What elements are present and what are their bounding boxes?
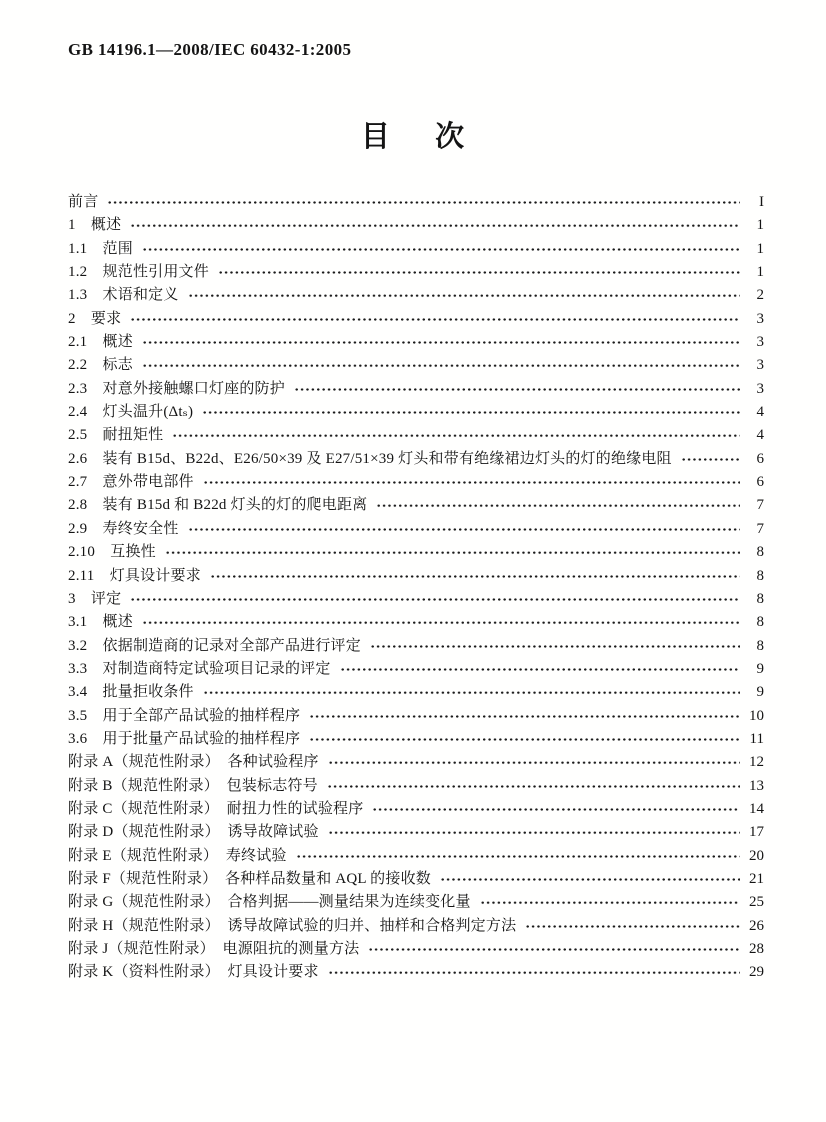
toc-page-number: 1 [745, 214, 764, 237]
toc-page-number: 25 [745, 891, 764, 914]
toc-entry: 3 评定8 [68, 588, 764, 611]
toc-entry: 2.11 灯具设计要求8 [68, 565, 764, 588]
toc-entry-text: 1.1 范围 [68, 238, 133, 261]
toc-page-number: I [745, 191, 764, 214]
toc-page-number: 13 [745, 775, 764, 798]
toc-entry: 2.1 概述3 [68, 331, 764, 354]
toc-page-number: 8 [745, 611, 764, 634]
toc-entry: 附录 B（规范性附录） 包装标志符号13 [68, 775, 764, 798]
toc-leader-dots [681, 448, 740, 471]
document-page: GB 14196.1—2008/IEC 60432-1:2005 目 次 前言I… [0, 0, 826, 1122]
toc-entry: 附录 D（规范性附录） 诱导故障试验17 [68, 821, 764, 844]
toc-entry: 附录 J（规范性附录） 电源阻抗的测量方法28 [68, 938, 764, 961]
toc-leader-dots [525, 915, 740, 938]
toc-entry-text: 附录 G（规范性附录） 合格判据——测量结果为连续变化量 [68, 891, 471, 914]
toc-page-number: 2 [745, 284, 764, 307]
toc-entry: 1 概述1 [68, 214, 764, 237]
toc-entry-text: 附录 C（规范性附录） 耐扭力性的试验程序 [68, 798, 363, 821]
toc-leader-dots [372, 798, 740, 821]
toc-leader-dots [142, 238, 740, 261]
toc-leader-dots [172, 424, 740, 447]
toc-page-number: 1 [745, 261, 764, 284]
toc-entry-text: 附录 E（规范性附录） 寿终试验 [68, 845, 287, 868]
toc-entry-text: 3.3 对制造商特定试验项目记录的评定 [68, 658, 331, 681]
toc-leader-dots [327, 775, 740, 798]
toc-entry: 2.2 标志3 [68, 354, 764, 377]
toc-leader-dots [202, 401, 740, 424]
toc-page-number: 3 [745, 308, 764, 331]
toc-page-number: 7 [745, 494, 764, 517]
toc-leader-dots [165, 541, 740, 564]
toc-leader-dots [328, 821, 740, 844]
toc-leader-dots [107, 191, 740, 214]
toc-entry-text: 2.6 装有 B15d、B22d、E26/50×39 及 E27/51×39 灯… [68, 448, 672, 471]
toc-page-number: 8 [745, 635, 764, 658]
toc-entry: 1.3 术语和定义2 [68, 284, 764, 307]
toc-leader-dots [296, 845, 740, 868]
toc-entry-text: 2.11 灯具设计要求 [68, 565, 201, 588]
toc-leader-dots [340, 658, 740, 681]
toc-page-number: 17 [745, 821, 764, 844]
toc-entry-text: 附录 D（规范性附录） 诱导故障试验 [68, 821, 319, 844]
toc-entry-text: 1.2 规范性引用文件 [68, 261, 209, 284]
toc-page-number: 8 [745, 565, 764, 588]
toc-entry: 3.5 用于全部产品试验的抽样程序10 [68, 705, 764, 728]
toc-entry: 2.4 灯头温升(Δtₛ)4 [68, 401, 764, 424]
toc-leader-dots [188, 284, 740, 307]
toc-page-number: 6 [745, 471, 764, 494]
toc-leader-dots [294, 378, 740, 401]
toc-entry-text: 3.2 依据制造商的记录对全部产品进行评定 [68, 635, 361, 658]
toc-entry-text: 3 评定 [68, 588, 121, 611]
toc-entry: 1.1 范围1 [68, 238, 764, 261]
toc-entry-text: 3.5 用于全部产品试验的抽样程序 [68, 705, 300, 728]
toc-page-number: 7 [745, 518, 764, 541]
toc-entry-text: 附录 F（规范性附录） 各种样品数量和 AQL 的接收数 [68, 868, 431, 891]
toc-page-number: 12 [745, 751, 764, 774]
toc-page-number: 28 [745, 938, 764, 961]
toc-leader-dots [203, 681, 740, 704]
toc-entry-text: 附录 J（规范性附录） 电源阻抗的测量方法 [68, 938, 359, 961]
toc-entry-text: 1 概述 [68, 214, 121, 237]
standard-number-header: GB 14196.1—2008/IEC 60432-1:2005 [68, 40, 351, 60]
toc-page-number: 21 [745, 868, 764, 891]
toc-leader-dots [142, 354, 740, 377]
toc-entry: 1.2 规范性引用文件1 [68, 261, 764, 284]
toc-entry-text: 2.2 标志 [68, 354, 133, 377]
toc-entry: 2.5 耐扭矩性4 [68, 424, 764, 447]
toc-entry-text: 2 要求 [68, 308, 121, 331]
toc-page-number: 11 [745, 728, 764, 751]
toc-entry: 2.6 装有 B15d、B22d、E26/50×39 及 E27/51×39 灯… [68, 448, 764, 471]
toc-entry-text: 2.4 灯头温升(Δtₛ) [68, 401, 193, 424]
toc-entry-text: 2.1 概述 [68, 331, 133, 354]
toc-entry: 附录 A（规范性附录） 各种试验程序12 [68, 751, 764, 774]
toc-entry-text: 1.3 术语和定义 [68, 284, 179, 307]
toc-entry: 3.2 依据制造商的记录对全部产品进行评定8 [68, 635, 764, 658]
toc-page-number: 8 [745, 588, 764, 611]
toc-entry: 附录 G（规范性附录） 合格判据——测量结果为连续变化量25 [68, 891, 764, 914]
toc-leader-dots [218, 261, 740, 284]
toc-entry: 2.3 对意外接触螺口灯座的防护3 [68, 378, 764, 401]
toc-leader-dots [130, 588, 740, 611]
toc-page-number: 10 [745, 705, 764, 728]
toc-entry-text: 附录 H（规范性附录） 诱导故障试验的归并、抽样和合格判定方法 [68, 915, 516, 938]
toc-entry-text: 前言 [68, 191, 98, 214]
toc-page-number: 3 [745, 331, 764, 354]
toc-leader-dots [440, 868, 740, 891]
toc-entry-text: 2.8 装有 B15d 和 B22d 灯头的灯的爬电距离 [68, 494, 367, 517]
toc-list: 前言I1 概述11.1 范围11.2 规范性引用文件11.3 术语和定义22 要… [68, 191, 764, 985]
toc-entry: 附录 E（规范性附录） 寿终试验20 [68, 845, 764, 868]
toc-leader-dots [130, 214, 740, 237]
toc-leader-dots [203, 471, 740, 494]
toc-entry: 2.7 意外带电部件6 [68, 471, 764, 494]
toc-leader-dots [480, 891, 740, 914]
toc-entry: 2.9 寿终安全性7 [68, 518, 764, 541]
toc-entry: 3.3 对制造商特定试验项目记录的评定9 [68, 658, 764, 681]
toc-entry-text: 3.1 概述 [68, 611, 133, 634]
toc-entry-text: 2.9 寿终安全性 [68, 518, 179, 541]
toc-page-number: 3 [745, 354, 764, 377]
toc-entry: 前言I [68, 191, 764, 214]
toc-entry-text: 2.10 互换性 [68, 541, 156, 564]
toc-entry-text: 2.3 对意外接触螺口灯座的防护 [68, 378, 285, 401]
toc-entry: 2.8 装有 B15d 和 B22d 灯头的灯的爬电距离7 [68, 494, 764, 517]
toc-entry-text: 2.5 耐扭矩性 [68, 424, 163, 447]
toc-entry-text: 3.4 批量拒收条件 [68, 681, 194, 704]
toc-leader-dots [188, 518, 740, 541]
toc-page-number: 14 [745, 798, 764, 821]
toc-leader-dots [328, 751, 740, 774]
toc-page-number: 4 [745, 401, 764, 424]
toc-leader-dots [376, 494, 740, 517]
toc-page-number: 9 [745, 658, 764, 681]
toc-page-number: 1 [745, 238, 764, 261]
toc-entry: 3.1 概述8 [68, 611, 764, 634]
toc-entry-text: 附录 A（规范性附录） 各种试验程序 [68, 751, 319, 774]
toc-page-number: 6 [745, 448, 764, 471]
toc-page-number: 26 [745, 915, 764, 938]
toc-page-number: 29 [745, 961, 764, 984]
toc-leader-dots [309, 728, 740, 751]
toc-leader-dots [130, 308, 740, 331]
toc-page-number: 9 [745, 681, 764, 704]
toc-entry: 附录 K（资料性附录） 灯具设计要求29 [68, 961, 764, 984]
toc-entry: 2.10 互换性8 [68, 541, 764, 564]
toc-page-number: 20 [745, 845, 764, 868]
toc-leader-dots [370, 635, 740, 658]
toc-entry-text: 2.7 意外带电部件 [68, 471, 194, 494]
toc-leader-dots [309, 705, 740, 728]
toc-entry-text: 附录 K（资料性附录） 灯具设计要求 [68, 961, 319, 984]
toc-entry: 3.4 批量拒收条件9 [68, 681, 764, 704]
toc-entry: 附录 F（规范性附录） 各种样品数量和 AQL 的接收数21 [68, 868, 764, 891]
page-title: 目 次 [0, 114, 826, 155]
toc-page-number: 4 [745, 424, 764, 447]
toc-entry: 3.6 用于批量产品试验的抽样程序11 [68, 728, 764, 751]
toc-entry-text: 3.6 用于批量产品试验的抽样程序 [68, 728, 300, 751]
toc-entry: 附录 H（规范性附录） 诱导故障试验的归并、抽样和合格判定方法26 [68, 915, 764, 938]
toc-leader-dots [368, 938, 740, 961]
toc-leader-dots [328, 961, 740, 984]
toc-leader-dots [142, 331, 740, 354]
toc-leader-dots [142, 611, 740, 634]
toc-entry-text: 附录 B（规范性附录） 包装标志符号 [68, 775, 318, 798]
toc-leader-dots [210, 565, 740, 588]
toc-entry: 2 要求3 [68, 308, 764, 331]
toc-page-number: 3 [745, 378, 764, 401]
toc-entry: 附录 C（规范性附录） 耐扭力性的试验程序14 [68, 798, 764, 821]
toc-page-number: 8 [745, 541, 764, 564]
